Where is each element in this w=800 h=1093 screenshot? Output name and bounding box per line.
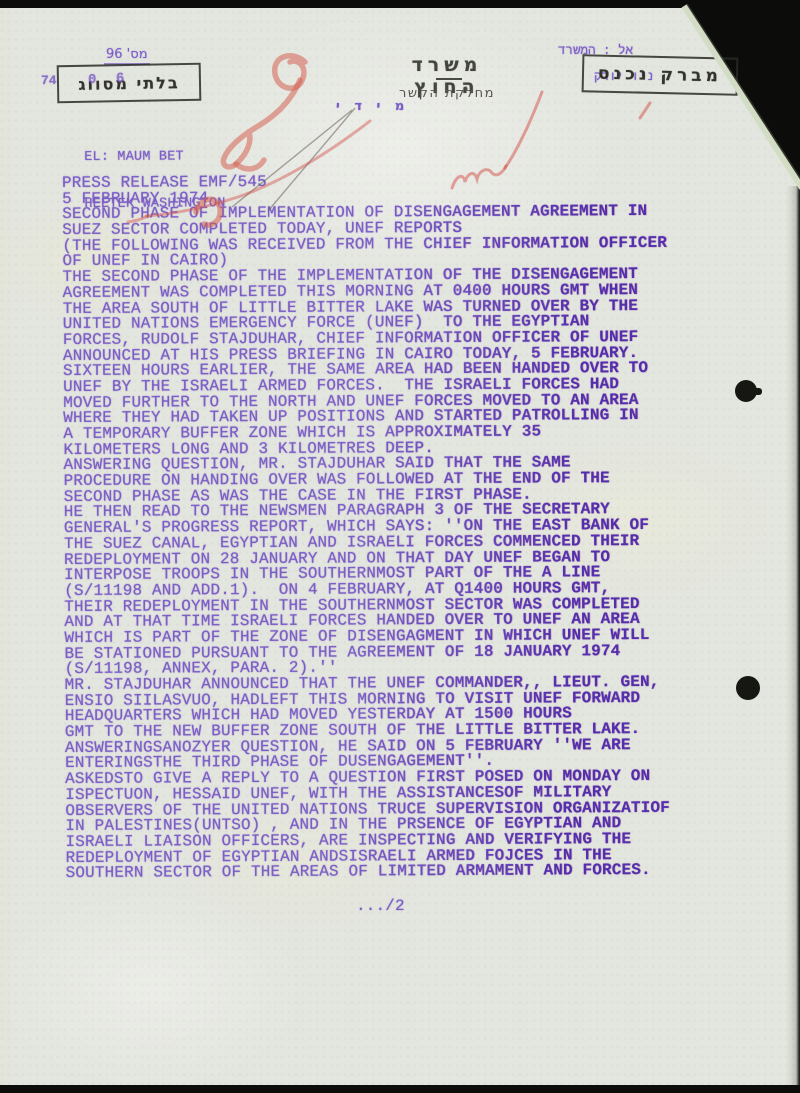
typed-text-bold-layer: PRESS RELEASE EMF/5455 FEBRUARY 1974SECO…	[62, 173, 726, 888]
continuation-marker: .../2	[356, 897, 405, 915]
stamp-year-digits: 74	[41, 73, 57, 88]
urgency-label: מ י ד י	[336, 99, 409, 114]
press-release-body: PRESS RELEASE EMF/5455 FEBRUARY 1974SECO…	[62, 173, 726, 888]
page-right-edge	[786, 186, 800, 1085]
classification-stamp: בלתי מסווג	[57, 63, 202, 104]
stamp-overlap-digit: 0	[88, 72, 96, 88]
letterhead-divider	[436, 78, 462, 80]
stamp-overlap-digit: 6	[116, 71, 125, 87]
document-number-label: מס' 96	[106, 47, 148, 62]
recipient-line: EL: MAUM BET	[84, 149, 225, 165]
typed-line: SOUTHERN SECTOR OF THE AREAS OF LIMITED …	[66, 863, 726, 882]
incoming-telegram-stamp: מברק נכנס	[582, 54, 739, 96]
scanned-telegram-page: { "document": { "number_label": "מס' 96"…	[0, 0, 800, 1093]
